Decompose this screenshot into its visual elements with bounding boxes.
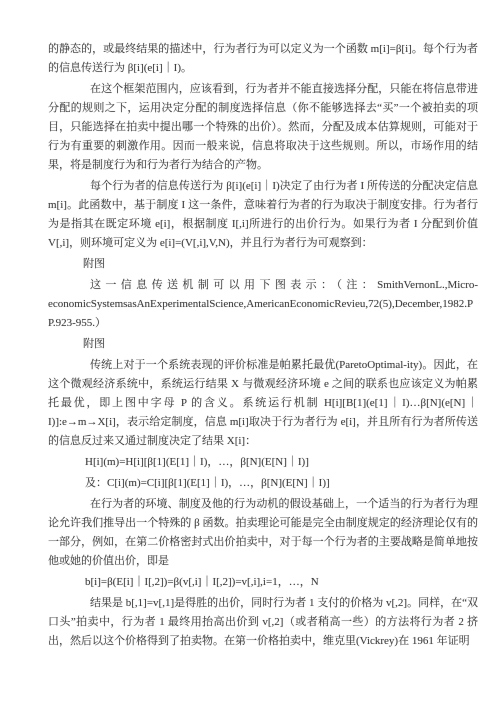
paragraph: 传统上对于一个系统表现的评价标准是帕累托最优(ParetoOptimal-ity… xyxy=(48,356,478,451)
formula-line: H[i](m)=H[i][β[1](E[1]｜I)，…，β[N](E[N]｜I)… xyxy=(48,453,478,472)
paragraph: 结果是 b[,1]=v[,1]是得胜的出价，同时行为者 1 支付的价格为 v[,… xyxy=(48,594,478,651)
document-body: 的静态的，或最终结果的描述中，行为者行为可以定义为一个函数 m[i]=β[i]。… xyxy=(48,40,478,651)
paragraph: 在行为者的环境、制度及他的行为动机的假设基础上，一个适当的行为者行为理论允许我们… xyxy=(48,495,478,571)
figure-placeholder: 附图 xyxy=(48,335,478,354)
paragraph: 的静态的，或最终结果的描述中，行为者行为可以定义为一个函数 m[i]=β[i]。… xyxy=(48,40,478,78)
paragraph: 每个行为者的信息传送行为 β[i](e[i]｜I)决定了由行为者 I 所传送的分… xyxy=(48,177,478,253)
formula-line: 及：C[i](m)=C[i][β[1](E[1]｜I)，…，β[N](E[N]｜… xyxy=(48,474,478,493)
paragraph: 在这个框架范围内，应该看到，行为者并不能直接选择分配，只能在将信息带进分配的规则… xyxy=(48,80,478,175)
document-page: 的静态的，或最终结果的描述中，行为者行为可以定义为一个函数 m[i]=β[i]。… xyxy=(0,0,500,707)
formula-line: b[i]=β(E[i]｜I[,2])=β(v[,i]｜I[,2])=v[,i],… xyxy=(48,573,478,592)
figure-placeholder: 附图 xyxy=(48,255,478,274)
paragraph: 这一信息传送机制可以用下图表示：（注：SmithVernonL.,Micro-e… xyxy=(48,276,478,333)
